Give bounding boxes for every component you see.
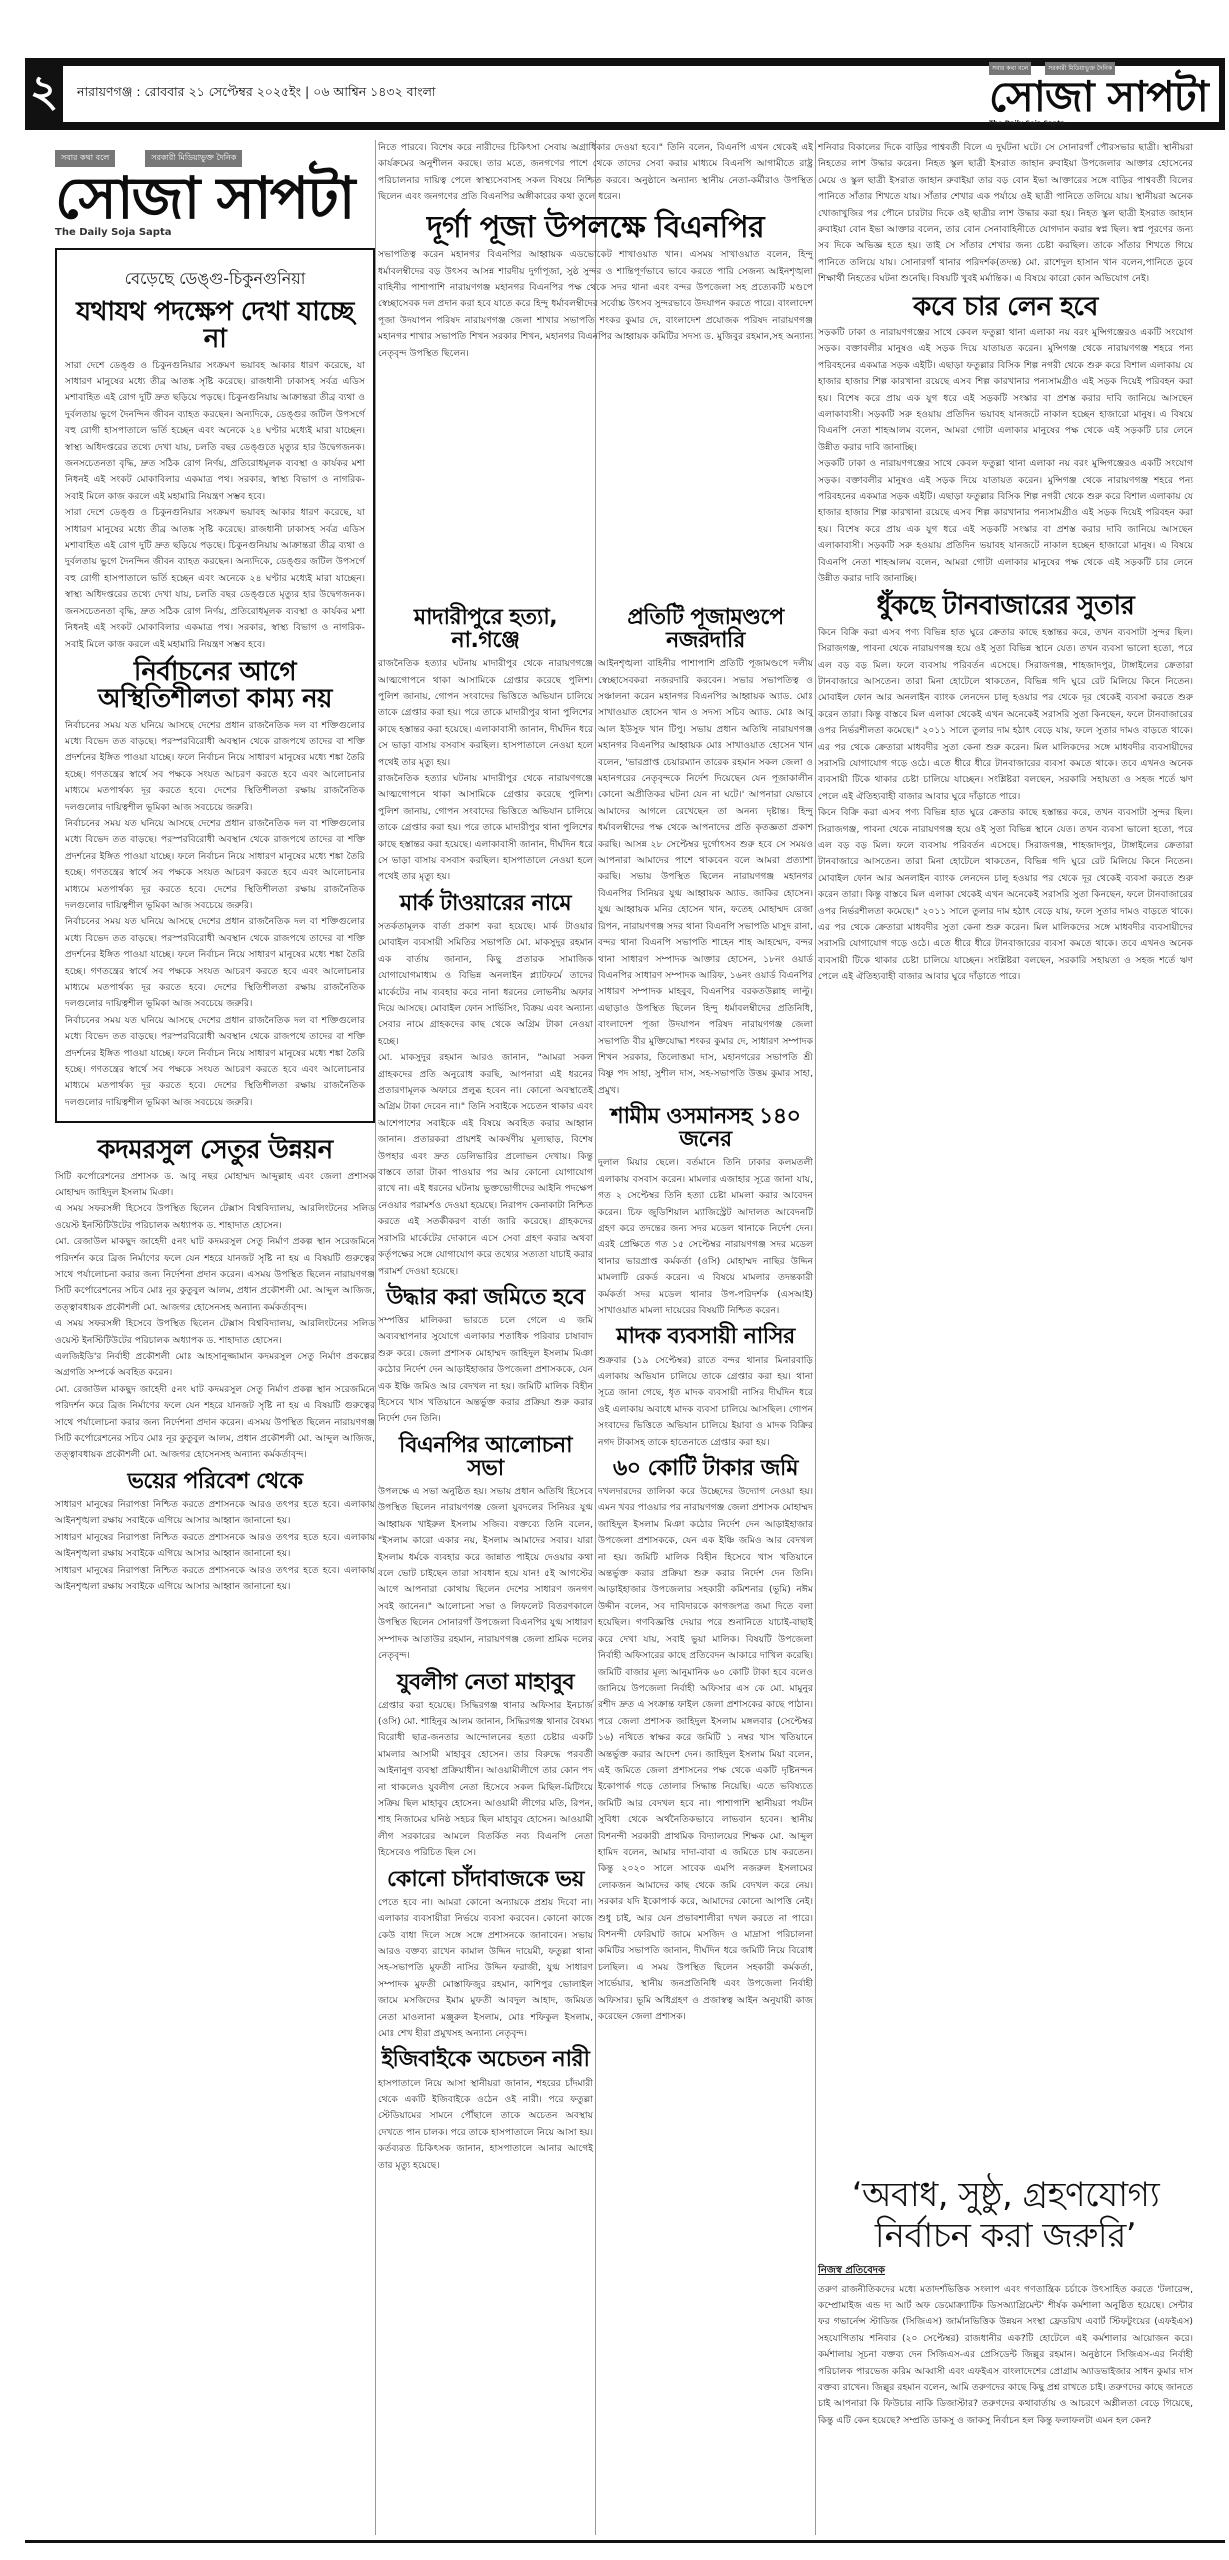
- madok-nasir-headline[interactable]: মাদক ব্যবসায়ী নাসির: [598, 1325, 813, 1348]
- dateline: নারায়ণগঞ্জ : রোববার ২১ সেপ্টেম্বর ২০২৫ই…: [71, 80, 442, 108]
- top-margin: [0, 0, 1229, 58]
- puja-nojordari-headline[interactable]: প্রতিটি পূজামণ্ডপে নজরদারি: [598, 606, 813, 652]
- panite-dube-body-top: শনিবার বিকালের দিকে বাড়ির পাশ্ববর্তী বি…: [818, 140, 1193, 288]
- easybike-headline[interactable]: ইজিবাইকে অচেতন নারী: [378, 2048, 593, 2071]
- column-left: সবার কথা বলে সরকারী মিডিয়াভুক্ত দৈনিক স…: [55, 140, 375, 1595]
- uddhar-jomi-body: সম্পত্তির মালিকরা ভারতে চলে গেলে এ জমি অ…: [378, 1313, 593, 1428]
- column-2: মাদারীপুরে হত্যা, না.গঞ্জে রাজনৈতিক হত্য…: [378, 600, 593, 2174]
- page-number: ২: [25, 58, 63, 130]
- madaripur-headline[interactable]: মাদারীপুরে হত্যা, না.গঞ্জে: [378, 606, 593, 652]
- shamim-osman-body: দুলাল মিয়ার ছেলে। বর্তমানে তিনি ঢাকার ক…: [598, 1155, 813, 1319]
- kadamrasul-body: সিটি কর্পোরেশনের প্রশাসক ড. আবু নছর মোহা…: [55, 1169, 375, 1464]
- masthead-bar: ২ নারায়ণগঞ্জ : রোববার ২১ সেপ্টেম্বর ২০২…: [25, 58, 1225, 130]
- durga-puja-body: সভাপতিত্ব করেন মহানগর বিএনপির আহ্বায়ক এ…: [378, 247, 813, 362]
- editorial-headline-2[interactable]: নির্বাচনের আগে অস্থিতিশীলতা কাম্য নয়: [65, 659, 365, 714]
- tanbazar-body: কিনে বিক্রি করা এসব পণ্য বিভিন্ন হাত ঘুর…: [818, 625, 1193, 986]
- voyer-headline[interactable]: ভয়ের পরিবেশ থেকে: [55, 1470, 375, 1493]
- election-headline-line2[interactable]: নির্বাচন করা জরুরি’: [818, 2216, 1193, 2257]
- durga-puja-intro: নিতে পারবে। বিশেষ করে নারীদের চিকিৎসা সে…: [378, 140, 813, 206]
- bottom-rule: [25, 2540, 1225, 2543]
- logo-title: সোজা সাপটা: [55, 167, 375, 229]
- election-body: তরুণ রাজনীতিকদের মধ্যে মতাদর্শভিত্তিক সং…: [818, 2282, 1193, 2430]
- column-right: শনিবার বিকালের দিকে বাড়ির পাশ্ববর্তী বি…: [818, 140, 1193, 986]
- voyer-body: সাধারণ মানুষের নিরাপত্তা নিশ্চিত করতে প্…: [55, 1497, 375, 1595]
- durga-puja-headline[interactable]: দূর্গা পূজা উপলক্ষে বিএনপির: [378, 212, 813, 244]
- masthead-logo-subtitle: The Daily Soja Sapta: [989, 119, 1065, 127]
- jubolig-headline[interactable]: যুবলীগ নেতা মাহাবুব: [378, 1671, 593, 1694]
- editorial-kicker: বেড়েছে ডেঙ্গু-চিকুনগুনিয়া: [65, 266, 365, 293]
- newspaper-logo[interactable]: সবার কথা বলে সরকারী মিডিয়াভুক্ত দৈনিক স…: [55, 150, 375, 238]
- election-headline-line1[interactable]: ‘অবাধ, সুষ্ঠু, গ্রহণযোগ্য: [818, 2175, 1193, 2216]
- mark-tower-headline[interactable]: মার্ক টাওয়ারের নামে: [378, 892, 593, 915]
- masthead-inner: নারায়ণগঞ্জ : রোববার ২১ সেপ্টেম্বর ২০২৫ই…: [63, 66, 1219, 122]
- column-divider: [815, 140, 816, 2535]
- editorial-body-2: নির্বাচনের সময় যত ঘনিয়ে আসছে দেশের প্র…: [65, 718, 365, 1112]
- column-3: প্রতিটি পূজামণ্ডপে নজরদারি আইনশৃঙ্খলা বা…: [598, 600, 813, 2025]
- election-byline: নিজস্ব প্রতিবেদক: [818, 2263, 1193, 2280]
- editorial-body: সারা দেশে ডেঙ্গু ও চিকুনগুনিয়ার সংক্রমণ…: [65, 358, 365, 653]
- madok-nasir-body: শুক্রবার (১৯ সেপ্টেম্বর) রাতে বন্দর থানা…: [598, 1353, 813, 1451]
- masthead-logo-title: সোজা সাপটা: [989, 75, 1208, 119]
- puja-nojordari-body: আইনশৃঙ্খলা বাহিনীর পাশাপাশি প্রতিটি পূজা…: [598, 656, 813, 1099]
- column-divider: [595, 140, 596, 2535]
- sixty-crore-headline[interactable]: ৬০ কোটি টাকার জমি: [598, 1457, 813, 1480]
- mark-tower-body: সতর্কতামূলক বার্তা প্রকাশ করা হয়েছে। মা…: [378, 919, 593, 1280]
- masthead-logo[interactable]: সবার কথা বলে সরকারী মিডিয়াভুক্ত দৈনিক স…: [989, 62, 1219, 127]
- sixty-crore-body: দখলদারদের তালিকা করে উচ্ছেদের উদ্যোগ নেও…: [598, 1484, 813, 2025]
- char-lane-headline[interactable]: কবে চার লেন হবে: [818, 294, 1193, 321]
- madaripur-body: রাজনৈতিক হত্যার ঘটনায় মাদারীপুর থেকে না…: [378, 656, 593, 886]
- chadabaj-headline[interactable]: কোনো চাঁদাবাজকে ভয়: [378, 1868, 593, 1891]
- jubolig-body: গ্রেপ্তার করা হয়েছে। সিদ্ধিরগঞ্জ থানার …: [378, 1698, 593, 1862]
- uddhar-jomi-headline[interactable]: উদ্ধার করা জমিতে হবে: [378, 1286, 593, 1309]
- editorial-box: বেড়েছে ডেঙ্গু-চিকুনগুনিয়া যথাযথ পদক্ষে…: [55, 248, 375, 1123]
- durga-puja-article: নিতে পারবে। বিশেষ করে নারীদের চিকিৎসা সে…: [378, 140, 813, 362]
- bnp-alochona-body: উপলক্ষে এ সভা অনুষ্ঠিত হয়। সভায় প্রধান…: [378, 1484, 593, 1664]
- bnp-alochona-headline[interactable]: বিএনপির আলোচনা সভা: [378, 1434, 593, 1480]
- editorial-headline[interactable]: যথাযথ পদক্ষেপ দেখা যাচ্ছে না: [65, 299, 365, 354]
- column-divider: [375, 140, 376, 2535]
- shamim-osman-headline[interactable]: শামীম ওসমানসহ ১৪০ জনের: [598, 1105, 813, 1151]
- election-article: ‘অবাধ, সুষ্ঠু, গ্রহণযোগ্য নির্বাচন করা জ…: [818, 2175, 1193, 2429]
- char-lane-body: সড়কটি ঢাকা ও নারায়ণগঞ্জের সাথে কেবল ফত…: [818, 325, 1193, 588]
- tanbazar-headline[interactable]: ধুঁকছে টানবাজারের সুতার: [818, 593, 1193, 620]
- kadamrasul-headline[interactable]: কদমরসুল সেতুর উন্নয়ন: [55, 1137, 375, 1164]
- chadabaj-body: পেতে হবে না। আমরা কোনো অন্যায়কে প্রশ্রয…: [378, 1895, 593, 2043]
- easybike-body: হাসপাতালে নিয়ে আসা স্থানীয়রা জানান, শহ…: [378, 2076, 593, 2174]
